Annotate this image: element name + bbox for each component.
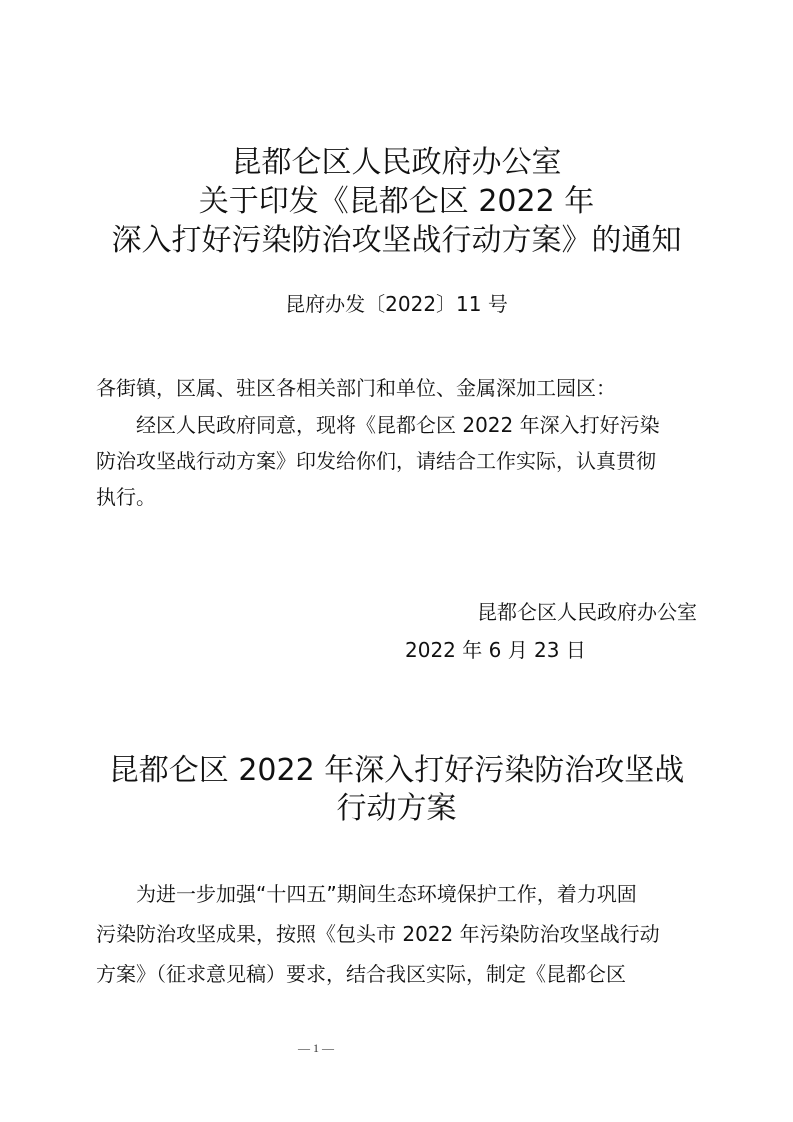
- plan-intro-line: 污染防治攻坚成果，按照《包头市 2022 年污染防治攻坚战行动: [96, 914, 706, 954]
- notice-title: 昆都仑区人民政府办公室 关于印发《昆都仑区 2022 年 深入打好污染防治攻坚战…: [0, 143, 793, 260]
- notice-title-line-2: 关于印发《昆都仑区 2022 年: [0, 182, 793, 221]
- plan-title-line-1: 昆都仑区 2022 年深入打好污染防治攻坚战: [0, 752, 793, 790]
- notice-body-line: 经区人民政府同意，现将《昆都仑区 2022 年深入打好污染: [96, 407, 706, 443]
- issue-date: 2022 年 6 月 23 日: [405, 635, 586, 665]
- document-number: 昆府办发〔2022〕11 号: [0, 290, 793, 318]
- notice-body-paragraph: 经区人民政府同意，现将《昆都仑区 2022 年深入打好污染 防治攻坚战行动方案》…: [96, 407, 706, 515]
- page-number: — 1 —: [298, 1040, 334, 1056]
- plan-intro-paragraph: 为进一步加强“十四五”期间生态环境保护工作，着力巩固 污染防治攻坚成果，按照《包…: [96, 874, 706, 994]
- addressee: 各街镇，区属、驻区各相关部门和单位、金属深加工园区：: [96, 370, 706, 406]
- notice-body-line: 防治攻坚战行动方案》印发给你们，请结合工作实际，认真贯彻: [96, 443, 706, 479]
- notice-title-line-1: 昆都仑区人民政府办公室: [0, 143, 793, 182]
- plan-title-line-2: 行动方案: [0, 790, 793, 828]
- notice-title-line-3: 深入打好污染防治攻坚战行动方案》的通知: [0, 221, 793, 260]
- plan-intro-line: 方案》（征求意见稿）要求，结合我区实际，制定《昆都仑区: [96, 954, 706, 994]
- issuing-office: 昆都仑区人民政府办公室: [477, 597, 697, 627]
- plan-title: 昆都仑区 2022 年深入打好污染防治攻坚战 行动方案: [0, 752, 793, 828]
- plan-intro-line: 为进一步加强“十四五”期间生态环境保护工作，着力巩固: [96, 874, 706, 914]
- notice-body-line: 执行。: [96, 479, 706, 515]
